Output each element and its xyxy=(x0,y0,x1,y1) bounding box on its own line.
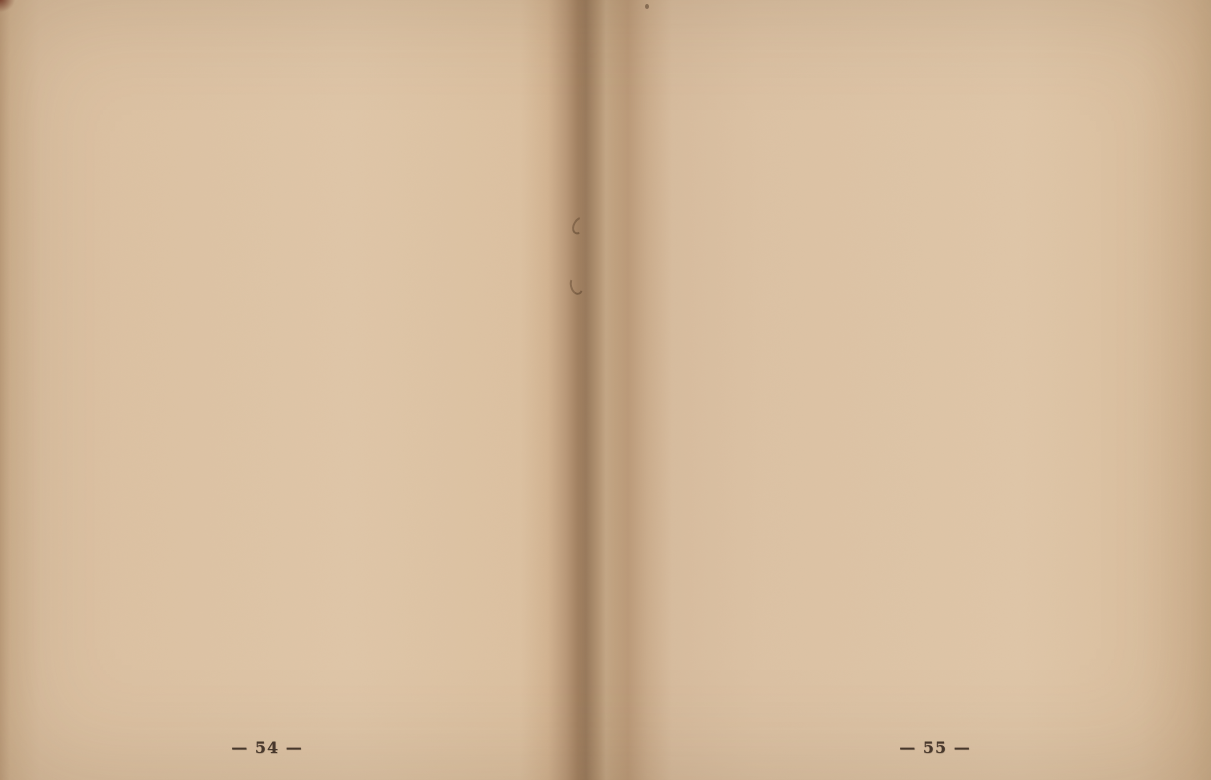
left-page: — 54 — xyxy=(0,0,605,780)
page-number-left: — 54 — xyxy=(0,738,534,757)
book-spread: — 54 — — 55 — xyxy=(0,0,1211,780)
paper-speck xyxy=(645,4,649,9)
page-number-right: — 55 — xyxy=(685,738,1185,757)
right-page: — 55 — xyxy=(605,0,1211,780)
corner-stain xyxy=(0,0,15,12)
